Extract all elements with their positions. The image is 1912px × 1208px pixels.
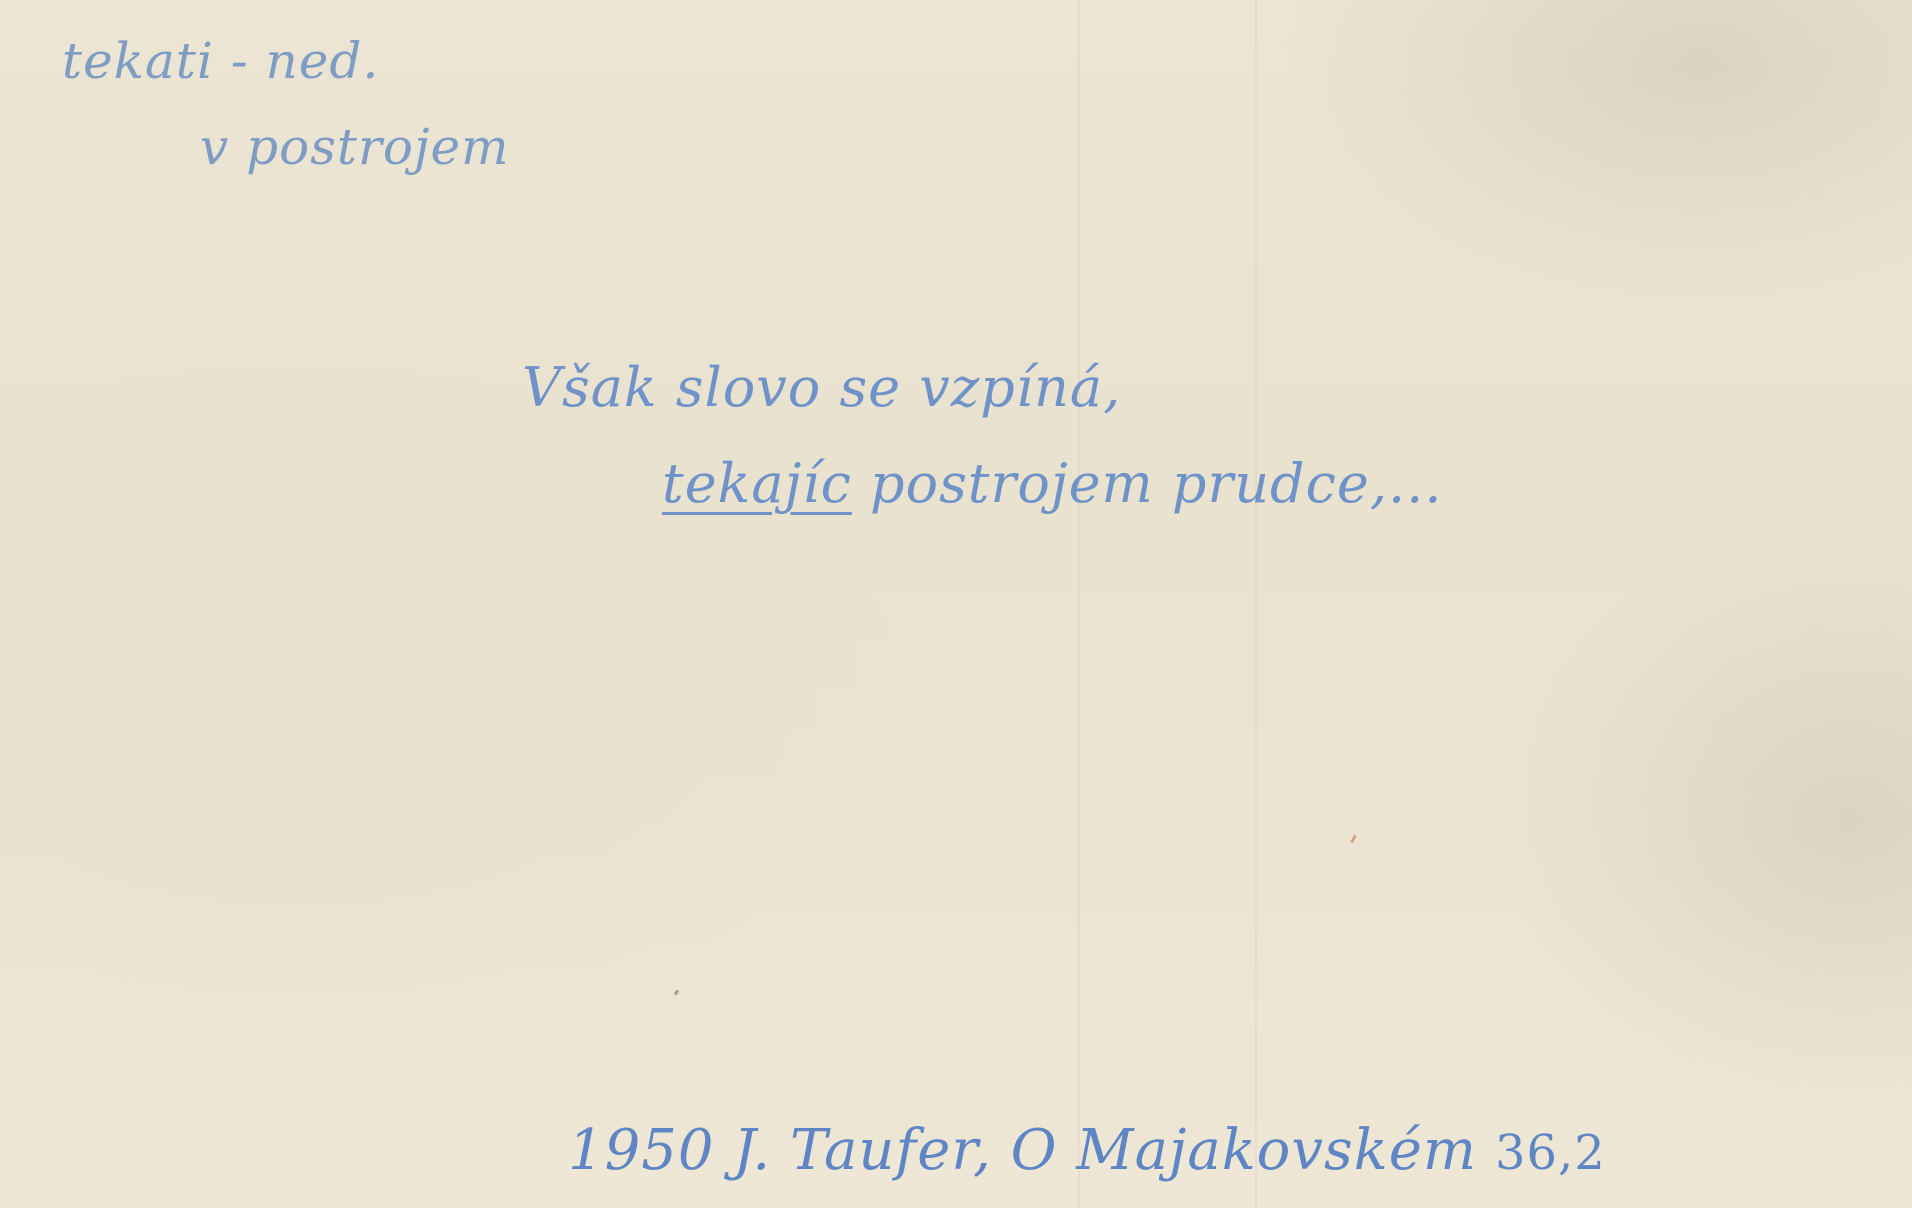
quotation-line-1: Však slovo se vzpíná,: [522, 356, 1121, 419]
citation-source: 1950 J. Taufer, O Majakovském: [568, 1118, 1477, 1183]
paper-speck: [674, 990, 679, 996]
paper-fold-line: [1255, 0, 1257, 1208]
citation: 1950 J. Taufer, O Majakovském36,2: [568, 1118, 1606, 1183]
paper-speck: [1350, 835, 1357, 843]
quotation-line-2: tekajíc postrojem prudce,...: [662, 452, 1442, 515]
citation-page-ref: 36,2: [1495, 1125, 1606, 1181]
headword-line-1: tekati - ned.: [62, 32, 379, 90]
paper-fold-line: [1078, 0, 1080, 1208]
quotation-line-2-rest: postrojem prudce,...: [852, 452, 1443, 515]
underlined-headword-form: tekajíc: [662, 452, 852, 515]
headword-line-2: v postrojem: [200, 118, 510, 176]
index-card: tekati - ned. v postrojem Však slovo se …: [0, 0, 1912, 1208]
